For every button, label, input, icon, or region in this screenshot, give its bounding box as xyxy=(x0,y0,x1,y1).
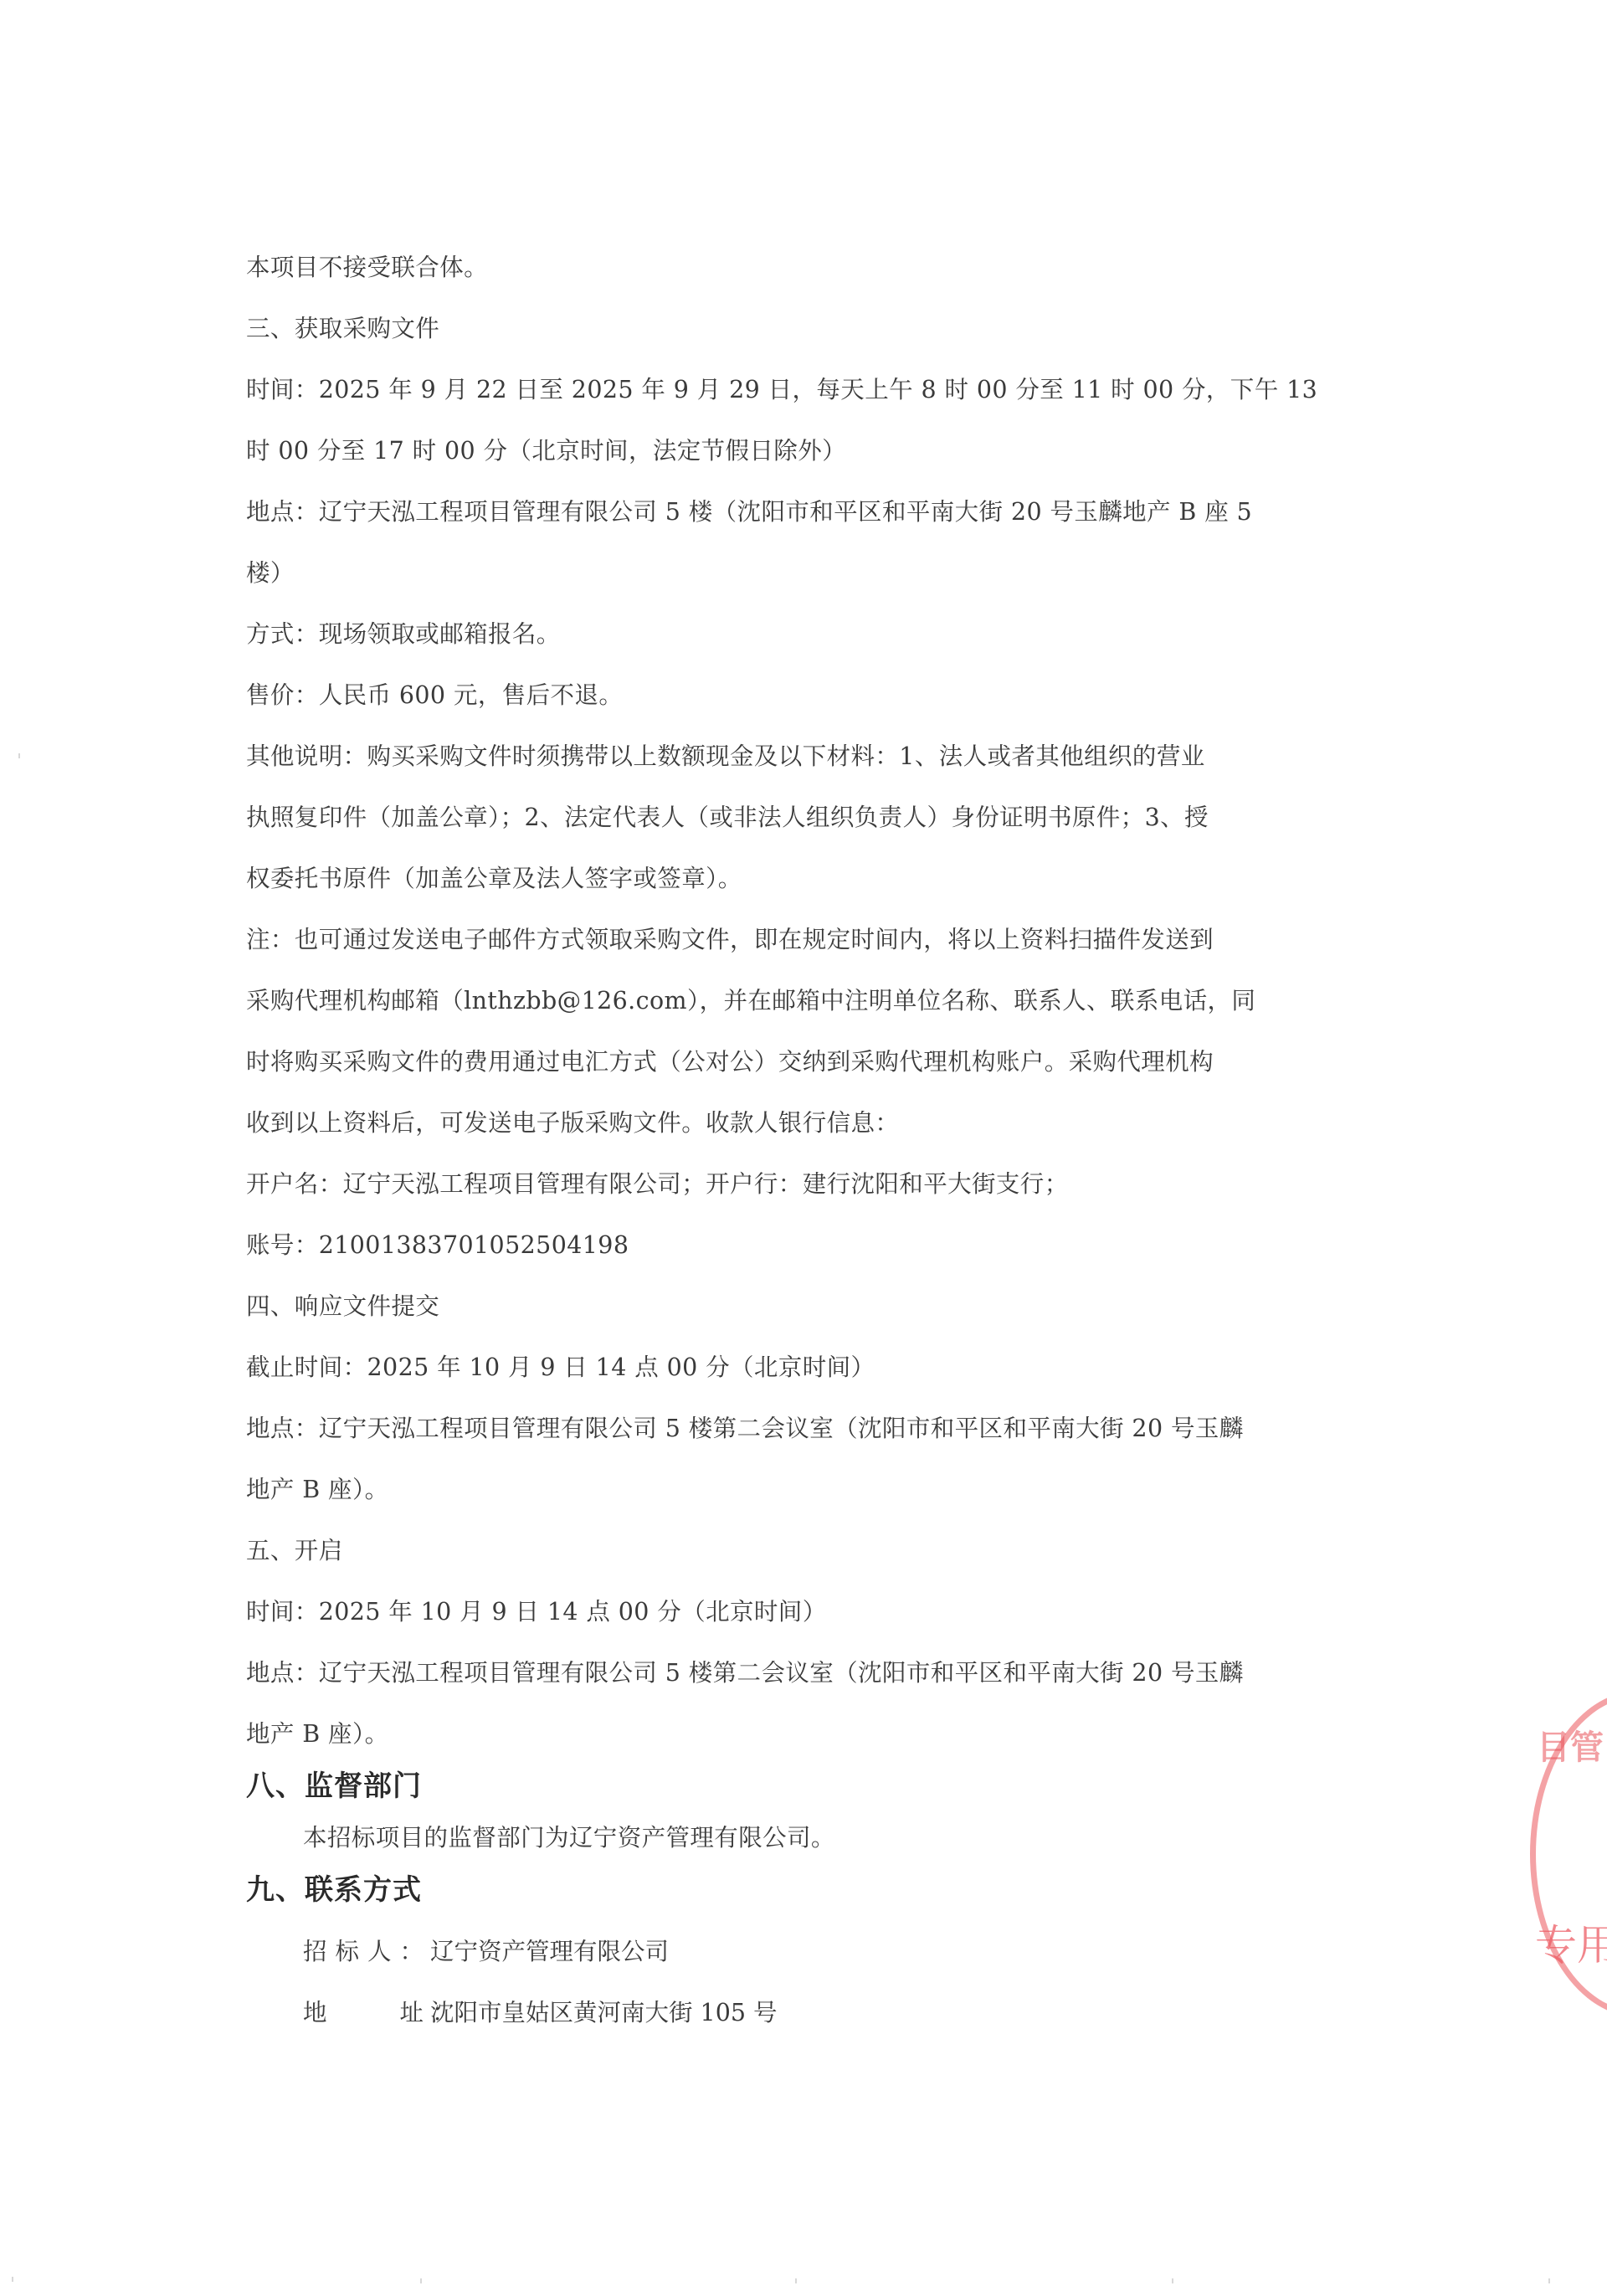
scan-artifact xyxy=(12,2277,13,2282)
subsection-heading-opening: 五、开启 xyxy=(246,1534,343,1568)
paragraph-obtain-time-line2: 时 00 分至 17 时 00 分（北京时间，法定节假日除外） xyxy=(246,434,846,468)
contact-value-address: 沈阳市皇姑区黄河南大街 105 号 xyxy=(430,1999,778,2026)
paragraph-bank-account-name: 开户名：辽宁天泓工程项目管理有限公司；开户行：建行沈阳和平大街支行； xyxy=(246,1168,1069,1201)
paragraph-email-note-line2: 采购代理机构邮箱（lnthzbb@126.com），并在邮箱中注明单位名称、联系… xyxy=(246,984,1255,1018)
paragraph-bank-account-number: 账号：21001383701052504198 xyxy=(246,1229,629,1262)
paragraph-deadline: 截止时间：2025 年 10 月 9 日 14 点 00 分（北京时间） xyxy=(246,1351,875,1384)
contact-value-tenderer: 辽宁资产管理有限公司 xyxy=(430,1938,669,1965)
paragraph-email-note-line1: 注：也可通过发送电子邮件方式领取采购文件，即在规定时间内，将以上资料扫描件发送到 xyxy=(246,923,1214,957)
paragraph-other-notes-line1: 其他说明：购买采购文件时须携带以上数额现金及以下材料：1、法人或者其他组织的营业 xyxy=(246,740,1205,773)
paragraph-obtain-location-line1: 地点：辽宁天泓工程项目管理有限公司 5 楼（沈阳市和平区和平南大街 20 号玉麟… xyxy=(246,496,1252,529)
scan-artifact xyxy=(18,753,20,758)
paragraph-price: 售价：人民币 600 元，售后不退。 xyxy=(246,679,623,712)
paragraph-submission-location-line1: 地点：辽宁天泓工程项目管理有限公司 5 楼第二会议室（沈阳市和平区和平南大街 2… xyxy=(246,1412,1244,1446)
contact-label-address: 地 址： xyxy=(303,1996,430,2030)
section-heading-supervision: 八、监督部门 xyxy=(246,1768,422,1805)
seal-text-top: 目管 xyxy=(1537,1721,1604,1769)
paragraph-other-notes-line2: 执照复印件（加盖公章）；2、法定代表人（或非法人组织负责人）身份证明书原件；3、… xyxy=(246,801,1209,835)
paragraph-obtain-time-line1: 时间：2025 年 9 月 22 日至 2025 年 9 月 29 日，每天上午… xyxy=(246,373,1317,407)
contact-row-tenderer: 招标人：辽宁资产管理有限公司 xyxy=(303,1935,669,1969)
paragraph-no-consortium: 本项目不接受联合体。 xyxy=(246,251,488,285)
scan-artifact xyxy=(795,2278,797,2283)
paragraph-obtain-location-line2: 楼） xyxy=(246,557,295,590)
scan-artifact xyxy=(1548,2278,1550,2283)
paragraph-opening-time: 时间：2025 年 10 月 9 日 14 点 00 分（北京时间） xyxy=(246,1595,827,1629)
scan-artifact xyxy=(420,2278,422,2283)
paragraph-submission-location-line2: 地产 B 座）。 xyxy=(246,1473,389,1507)
paragraph-opening-location-line1: 地点：辽宁天泓工程项目管理有限公司 5 楼第二会议室（沈阳市和平区和平南大街 2… xyxy=(246,1657,1244,1690)
paragraph-email-note-line3: 时将购买采购文件的费用通过电汇方式（公对公）交纳到采购代理机构账户。采购代理机构 xyxy=(246,1045,1214,1079)
paragraph-obtain-method: 方式：现场领取或邮箱报名。 xyxy=(246,618,561,651)
section-heading-contact: 九、联系方式 xyxy=(246,1872,422,1908)
paragraph-email-note-line4: 收到以上资料后，可发送电子版采购文件。收款人银行信息： xyxy=(246,1107,899,1140)
scan-artifact xyxy=(1172,2278,1173,2283)
paragraph-other-notes-line3: 权委托书原件（加盖公章及法人签字或签章）。 xyxy=(246,862,742,896)
contact-row-address: 地 址：沈阳市皇姑区黄河南大街 105 号 xyxy=(303,1996,778,2030)
subsection-heading-submission: 四、响应文件提交 xyxy=(246,1290,439,1323)
document-page: 本项目不接受联合体。 三、获取采购文件 时间：2025 年 9 月 22 日至 … xyxy=(0,0,1607,2296)
paragraph-opening-location-line2: 地产 B 座）。 xyxy=(246,1718,389,1751)
contact-label-tenderer: 招标人： xyxy=(303,1935,430,1969)
paragraph-supervision: 本招标项目的监督部门为辽宁资产管理有限公司。 xyxy=(303,1821,835,1855)
seal-text-bottom: 专用 xyxy=(1535,1912,1607,1972)
subsection-heading-obtain-documents: 三、获取采购文件 xyxy=(246,312,439,346)
